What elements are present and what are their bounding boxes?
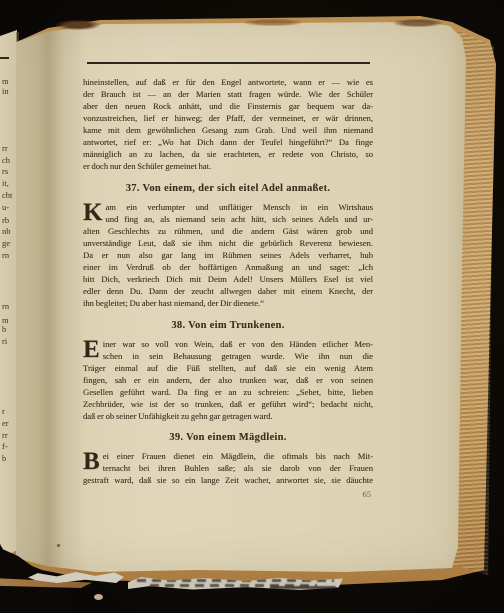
page-number: 65 [83,489,373,499]
text-line: hineinstellen, auf daß er für den Engel … [83,76,373,88]
text-line: ternacht bei ihren Buhlen saße; als sie … [83,462,373,474]
text-line: Zechbrüder, wie ist der so trunken, daß … [83,398,373,410]
text-line: und fing an, als niemand sein acht hätt,… [83,213,373,225]
text-line: Träger einmal auf die Füß stellten, auf … [83,362,373,374]
text-line: kame mit dem gewöhnlichen Gesang zum Gra… [83,124,373,136]
text-line: edler denn Du. Dann der zeucht allwegen … [83,285,373,297]
clipped-line-ending: er [2,419,16,428]
text-line: bitt Dich, verkriech Dich mit Deim Adel!… [83,273,373,285]
text-line: gestraft ward, daß sie so ein lange Zeit… [83,474,373,486]
paper-speck [57,544,60,547]
clipped-line-ending: nb [2,227,16,236]
paragraph-lines: am ein verlumpter und unflätiger Mensch … [83,201,373,309]
text-line: der Brauch ist — an der Marien statt fra… [83,88,373,100]
text-line: er doch nur den Schüler gemeinet hat. [83,160,373,172]
paragraph-lines: ei einer Frauen dienet ein Mägdlein, die… [83,450,373,486]
text-line: männiglich an zu lachen, da sie erachtet… [83,148,373,160]
text-line: aber den neuen Rock anhätt, und die Fins… [83,100,373,112]
section-37-paragraph: K am ein verlumpter und unflätiger Mensc… [83,201,373,309]
header-rule [87,62,370,64]
clipped-line-ending: rn [2,251,16,260]
text-line: fingen, sah er ein andern, der also trun… [83,374,373,386]
clipped-line-ending: in [2,87,16,96]
clipped-line-ending: rn [2,302,16,311]
paragraph-lines: iner war so voll von Wein, daß er von de… [83,338,373,422]
text-line: schen in sein Behausung getragen wurde. … [83,350,373,362]
book-photo: minrrchrsit,chtu-rbnbgernrnmbrirerrrf-b … [0,0,504,613]
section-38-paragraph: E iner war so voll von Wein, daß er von … [83,338,373,422]
clipped-line-ending: r [2,407,16,416]
clipped-line-ending: rs [2,167,16,176]
clipped-line-ending: f- [2,442,16,451]
clipped-line-ending: u- [2,203,16,212]
top-edge-curl [56,20,100,30]
text-line: ihn begleitet; Du aber hast niemand, der… [83,297,373,309]
text-line: daß er ob seiner Unfähigkeit zu gehn gar… [83,410,373,422]
text-line: antwortet, rief er: „Wo hat Dich dann de… [83,136,373,148]
text-line: ei einer Frauen dienet ein Mägdlein, die… [83,450,373,462]
clipped-line-ending: rb [2,216,16,225]
paragraph-continuation: hineinstellen, auf daß er für den Engel … [83,76,373,172]
text-line: iner war so voll von Wein, daß er von de… [83,338,373,350]
left-page-rule [0,57,9,59]
drop-cap: B [83,450,103,474]
ink-smear [270,586,336,589]
paragraph-lines: hineinstellen, auf daß er für den Engel … [83,76,373,172]
left-page-sliver: minrrchrsit,chtu-rbnbgernrnmbrirerrrf-b [0,30,17,562]
top-edge-curl [394,19,442,27]
clipped-line-ending: b [2,454,16,463]
text-line: unverständige Leut, daß sie ihm nicht di… [83,237,373,249]
text-line: am ein verlumpter und unflätiger Mensch … [83,201,373,213]
text-line: Da er nun also gar lang im Rühmen seines… [83,249,373,261]
section-39-paragraph: B ei einer Frauen dienet ein Mägdlein, d… [83,450,373,486]
drop-cap: E [83,338,103,362]
drop-cap: K [83,201,105,225]
text-line: einer im Verdruß ob der hoffärtigen Anma… [83,261,373,273]
text-line: alten Geschlechts zu rühmen, und die and… [83,225,373,237]
paper-dot [94,594,103,600]
clipped-line-ending: rr [2,144,16,153]
clipped-line-ending: m [2,77,16,86]
text-line: Gesellen geführt ward. Da fing er an zu … [83,386,373,398]
top-edge-curl [244,19,302,26]
clipped-line-ending: b [2,325,16,334]
clipped-line-ending: it, [2,179,16,188]
section-37-heading: 37. Von einem, der sich eitel Adel anmaß… [83,182,373,195]
book-page: hineinstellen, auf daß er für den Engel … [16,18,468,576]
text-column: hineinstellen, auf daß er für den Engel … [83,62,373,499]
text-line: vonzustreichen, lief er hinweg; der Pfaf… [83,112,373,124]
clipped-line-ending: rr [2,431,16,440]
clipped-line-ending: ge [2,239,16,248]
clipped-line-ending: cht [2,191,16,200]
section-38-heading: 38. Von eim Trunkenen. [83,319,373,332]
clipped-line-ending: ri [2,337,16,346]
section-39-heading: 39. Von einem Mägdlein. [83,431,373,444]
clipped-line-ending: ch [2,156,16,165]
